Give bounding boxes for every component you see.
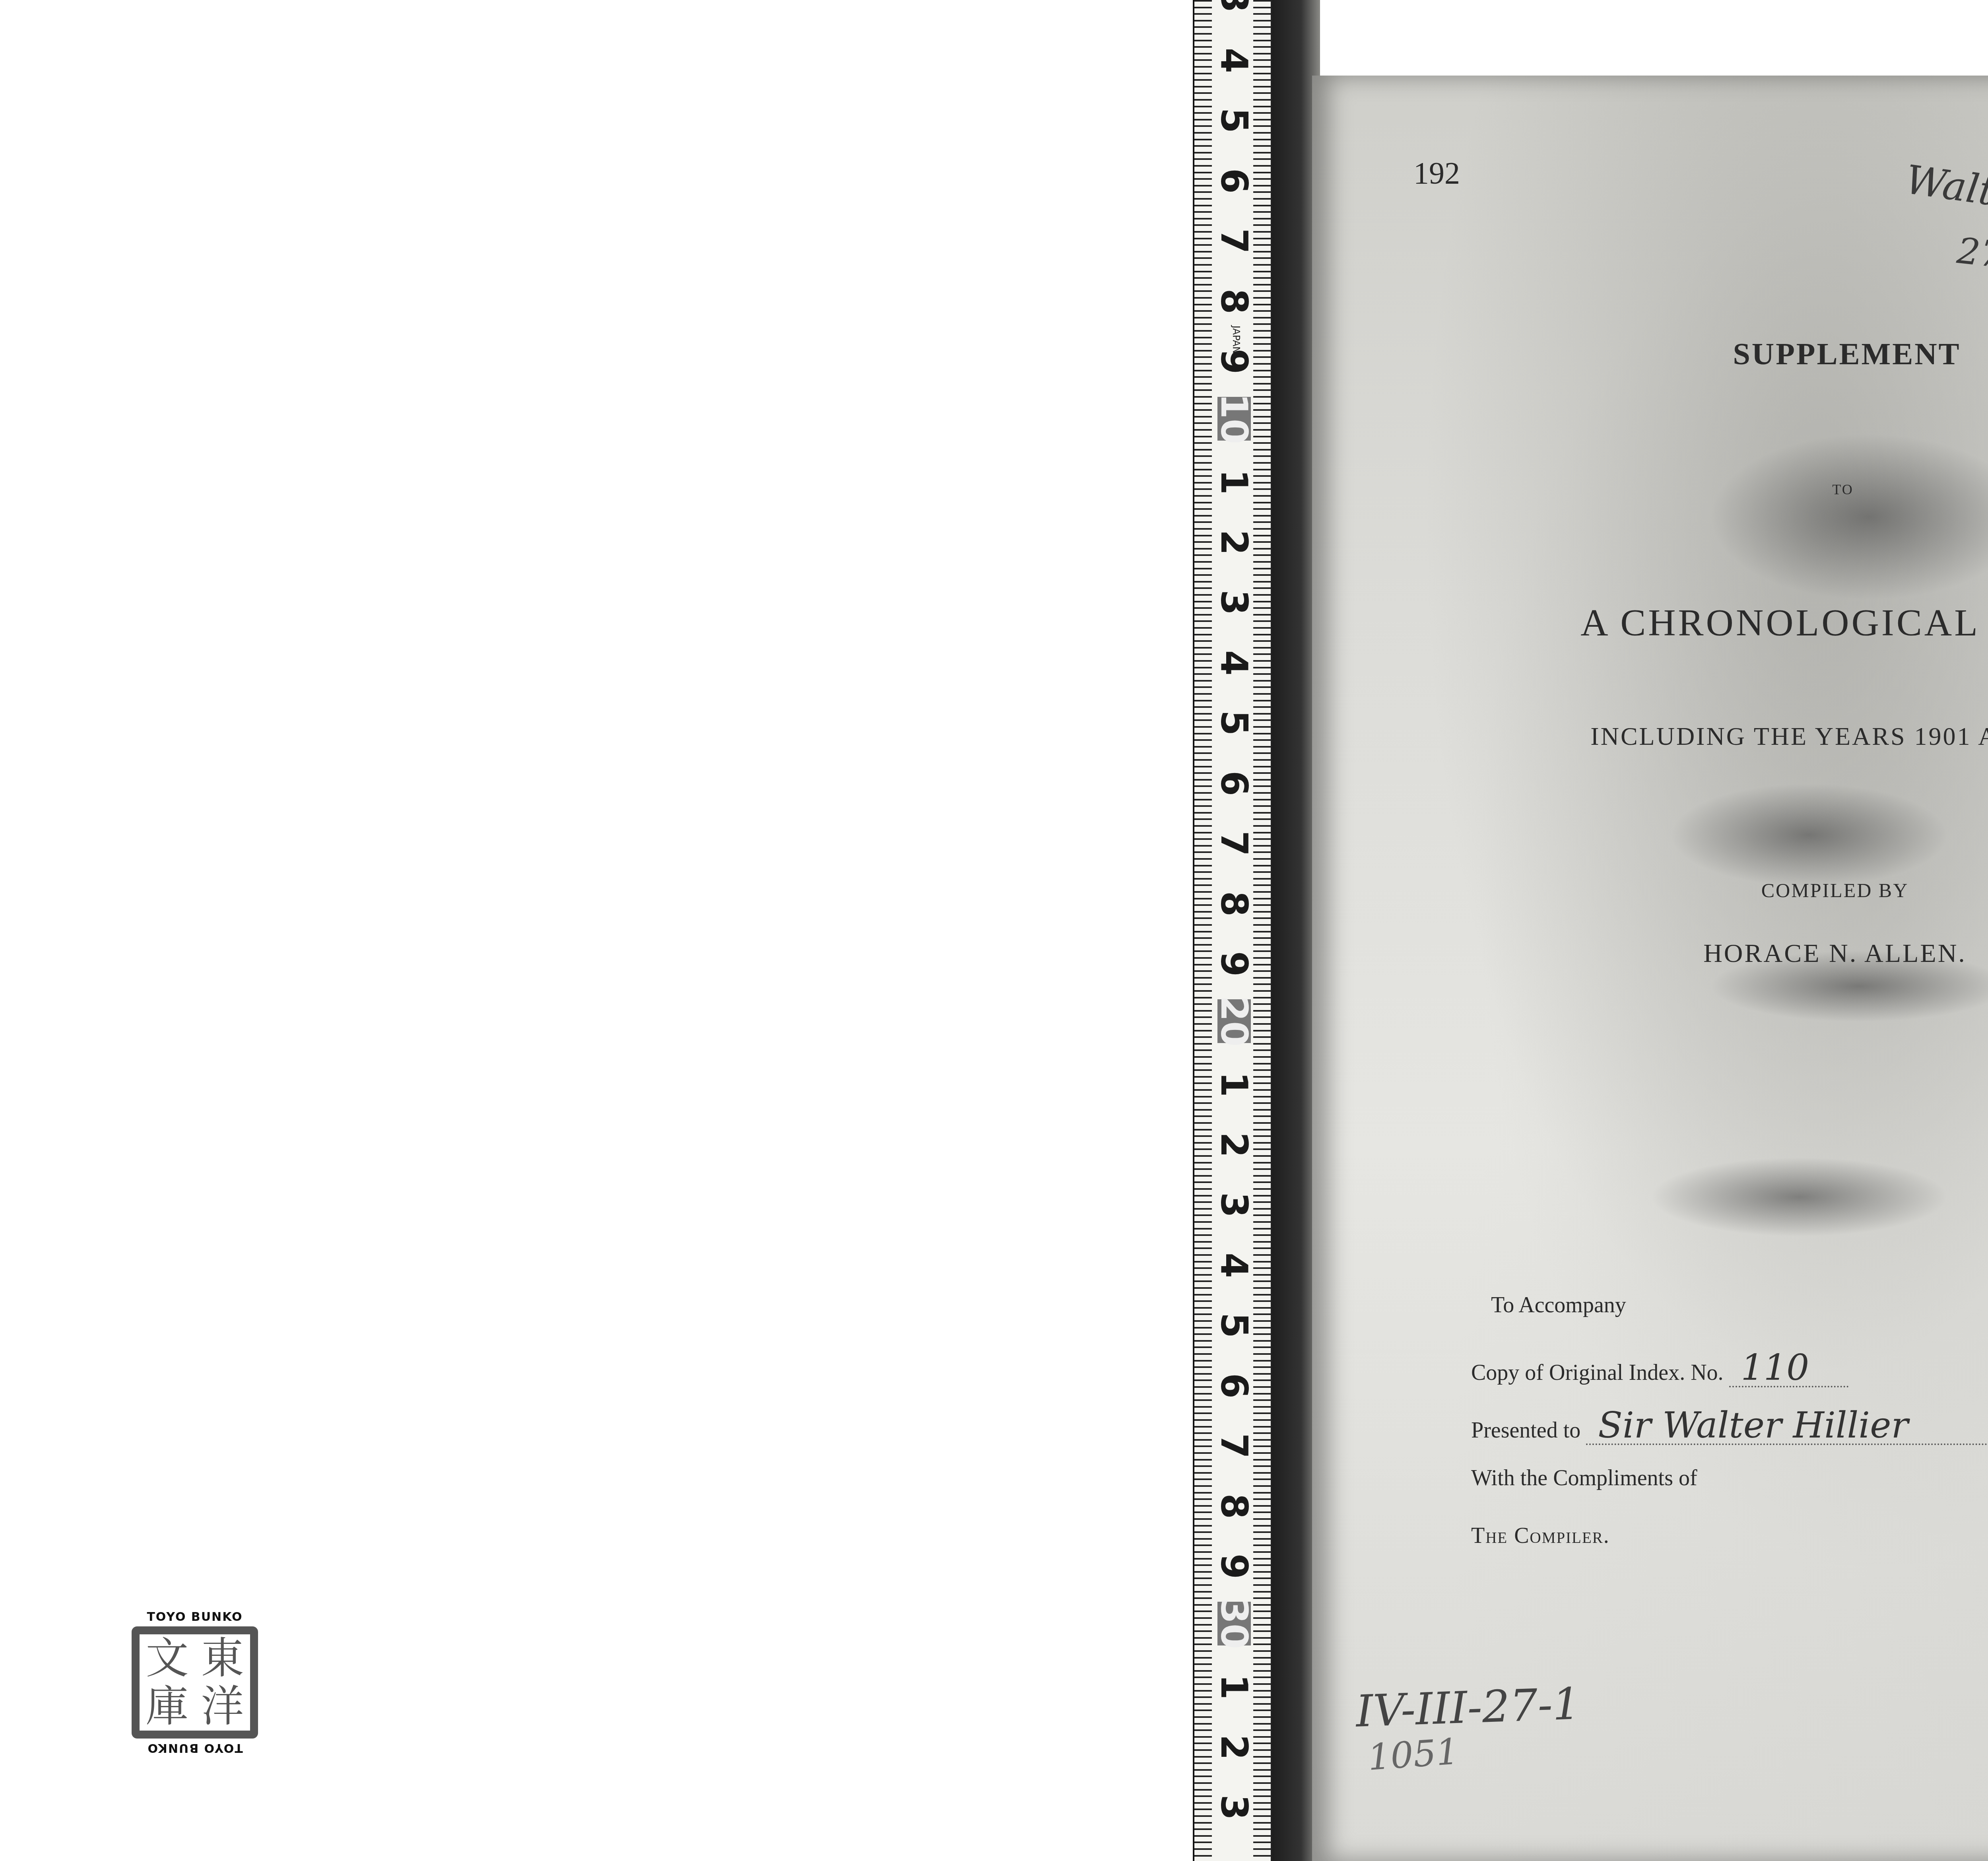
- handwritten-address: 27 Bramham Gardens: [1955, 230, 1988, 313]
- presented-to-line: Presented to Sir Walter Hillier: [1471, 1408, 1988, 1465]
- accompany-label: To Accompany: [1491, 1293, 1626, 1317]
- copy-label: Copy of Original Index. No.: [1471, 1360, 1724, 1385]
- compliments-label: With the Compliments of: [1471, 1466, 1697, 1490]
- ruler-number: 9: [1214, 947, 1254, 981]
- ruler-number: 1: [1214, 1068, 1254, 1101]
- ruler-number: 1: [1214, 1670, 1254, 1704]
- ruler-number: 1: [1214, 465, 1254, 499]
- ruler-number: 20: [1217, 999, 1251, 1043]
- seal-character: 庫: [140, 1682, 195, 1731]
- library-call-number: IV-III-27-1: [1355, 1678, 1581, 1737]
- copy-number-line: Copy of Original Index. No. 110: [1471, 1350, 1988, 1408]
- seal-character: 文: [140, 1634, 195, 1682]
- copy-number-field: 110: [1729, 1350, 1848, 1387]
- recipient-name-field: Sir Walter Hillier: [1586, 1408, 1988, 1445]
- ruler-number: 8: [1214, 1490, 1254, 1523]
- book-cover: 192 Walter Hillier 27 Bramham Gardens S.…: [1312, 76, 1988, 1861]
- ruler-number: 5: [1214, 1309, 1254, 1342]
- compiler-label: The Compiler.: [1471, 1523, 1610, 1548]
- author-name: HORACE N. ALLEN.: [1272, 938, 1988, 969]
- page-number: 192: [1413, 155, 1460, 191]
- stamp-seal: 文 東 庫 洋: [132, 1626, 258, 1739]
- ruler-number: 8: [1214, 887, 1254, 921]
- presented-label: Presented to: [1471, 1418, 1580, 1443]
- compliments-line: With the Compliments of: [1471, 1465, 1988, 1523]
- seal-character: 洋: [195, 1682, 250, 1731]
- title-to: TO: [1280, 481, 1988, 498]
- stamp-label-top: TOYO BUNKO: [127, 1610, 262, 1624]
- ruler-number: 5: [1214, 706, 1254, 740]
- title-supplement: SUPPLEMENT: [1284, 336, 1988, 372]
- compiler-line: The Compiler.: [1471, 1523, 1988, 1581]
- ruler-number: 30: [1217, 1602, 1251, 1645]
- ruler-number: 3: [1214, 586, 1254, 619]
- ruler-number: 3: [1214, 0, 1254, 17]
- stamp-label-bottom: TOYO BUNKO: [127, 1741, 262, 1754]
- ruler-brand-label: JAPAN: [1231, 326, 1242, 354]
- ruler-number: 6: [1214, 164, 1254, 198]
- ruler-number: 6: [1214, 767, 1254, 800]
- stain: [1710, 433, 1988, 600]
- accompany-line: To Accompany: [1471, 1292, 1988, 1350]
- ruler-number: 5: [1214, 104, 1254, 137]
- seal-character: 東: [195, 1634, 250, 1682]
- title-years: INCLUDING THE YEARS 1901 AND 1902.: [1288, 722, 1988, 751]
- toyo-bunko-stamp-left: TOYO BUNKO 文 東 庫 洋 TOYO BUNKO: [127, 1610, 262, 1754]
- ruler-number: 4: [1214, 44, 1254, 77]
- ruler-number: 2: [1214, 1128, 1254, 1162]
- ruler-number: 6: [1214, 1369, 1254, 1403]
- ruler-number: 2: [1214, 526, 1254, 559]
- ruler-number: 7: [1214, 827, 1254, 860]
- measuring-ruler: 3456789101234567892012345678930123JAPAN: [1193, 0, 1272, 1861]
- ruler-number: 3: [1214, 1188, 1254, 1222]
- ruler-number: 9: [1214, 1550, 1254, 1583]
- stain: [1650, 1157, 1948, 1237]
- library-accession-number: 1051: [1367, 1731, 1460, 1779]
- ruler-number: 4: [1214, 646, 1254, 680]
- ruler-number: 8: [1214, 285, 1254, 318]
- ruler-number: 7: [1214, 1429, 1254, 1463]
- presentation-block: To Accompany Copy of Original Index. No.…: [1471, 1292, 1988, 1581]
- title-main: A CHRONOLOGICAL INDEX: [1288, 600, 1988, 645]
- handwritten-owner-name: Walter Hillier: [1903, 156, 1988, 240]
- stain: [1670, 783, 1948, 887]
- compiled-by-label: COMPILED BY: [1272, 879, 1988, 902]
- ruler-number: 7: [1214, 224, 1254, 258]
- ruler-number: 3: [1214, 1791, 1254, 1824]
- ruler-number: 10: [1217, 397, 1251, 441]
- ruler-number: 4: [1214, 1249, 1254, 1282]
- ruler-number: 2: [1214, 1731, 1254, 1764]
